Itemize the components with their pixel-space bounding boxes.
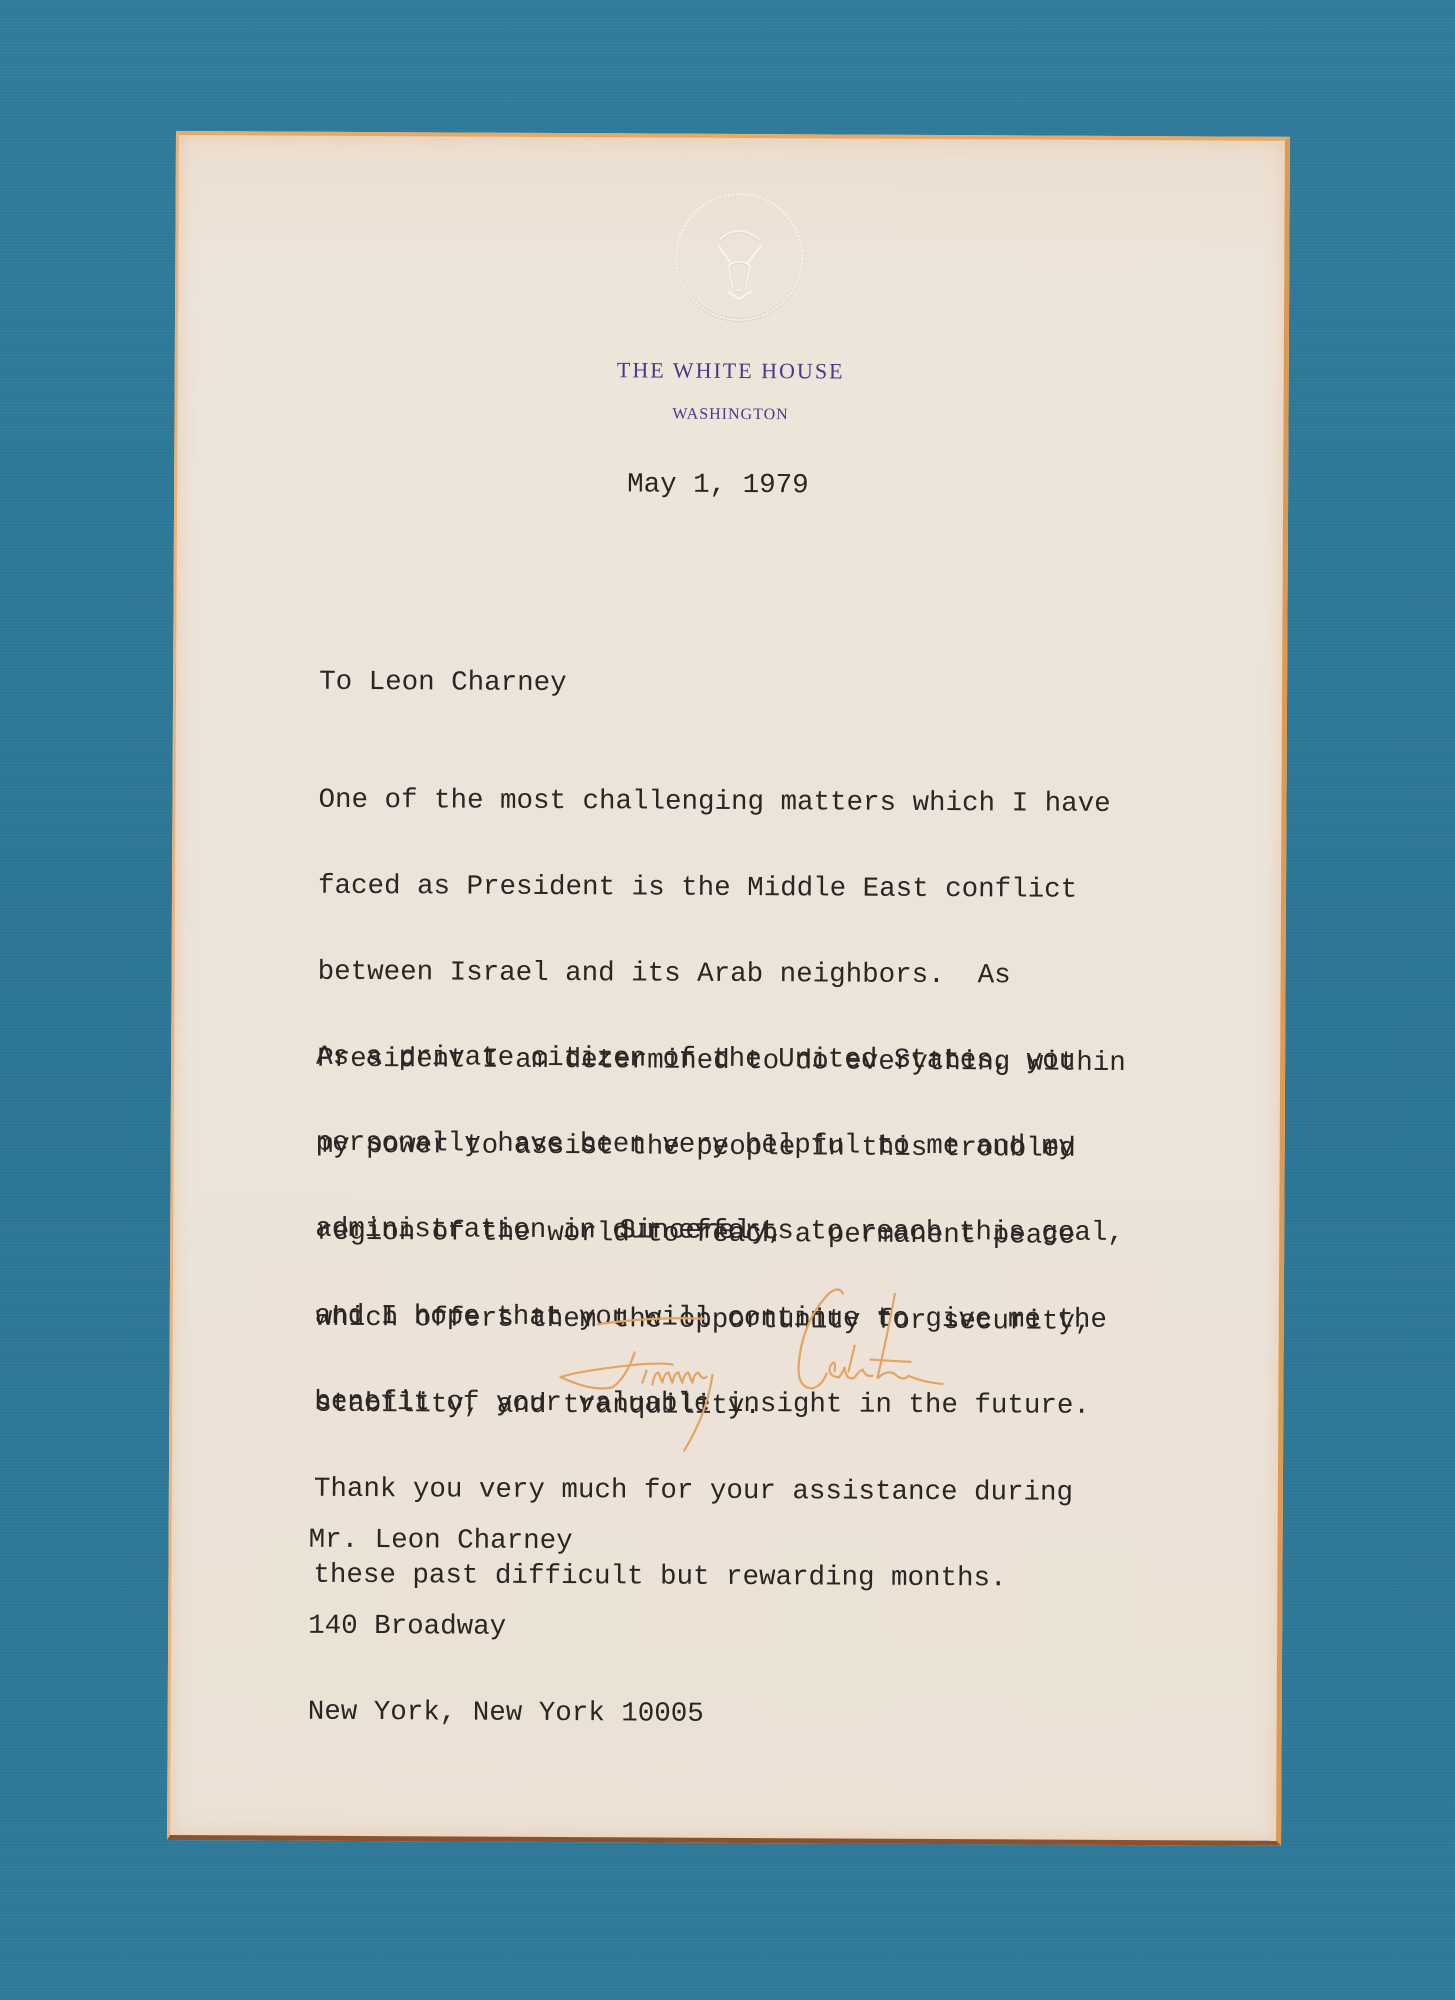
- letterhead-subtitle: WASHINGTON: [177, 403, 1283, 427]
- text-line: One of the most challenging matters whic…: [318, 786, 1127, 819]
- text-line: As a private citizen of the United State…: [316, 1043, 1125, 1076]
- address-line-name: Mr. Leon Charney: [309, 1526, 705, 1557]
- address-line-street: 140 Broadway: [308, 1613, 704, 1644]
- text-line: personally have been very helpful to me …: [316, 1130, 1125, 1163]
- letter-paper: THE WHITE HOUSE WASHINGTON May 1, 1979 T…: [167, 131, 1290, 1846]
- presidential-seal-icon: [675, 193, 804, 322]
- text-line: faced as President is the Middle East co…: [318, 873, 1127, 906]
- letterhead-title: THE WHITE HOUSE: [178, 355, 1284, 387]
- closing: Sincerely,: [619, 1217, 784, 1247]
- letter-date: May 1, 1979: [627, 471, 809, 501]
- salutation: To Leon Charney: [319, 669, 567, 699]
- address-line-city: New York, New York 10005: [308, 1699, 704, 1730]
- signature-jimmy-carter: [542, 1272, 963, 1474]
- recipient-address: Mr. Leon Charney 140 Broadway New York, …: [307, 1469, 705, 1788]
